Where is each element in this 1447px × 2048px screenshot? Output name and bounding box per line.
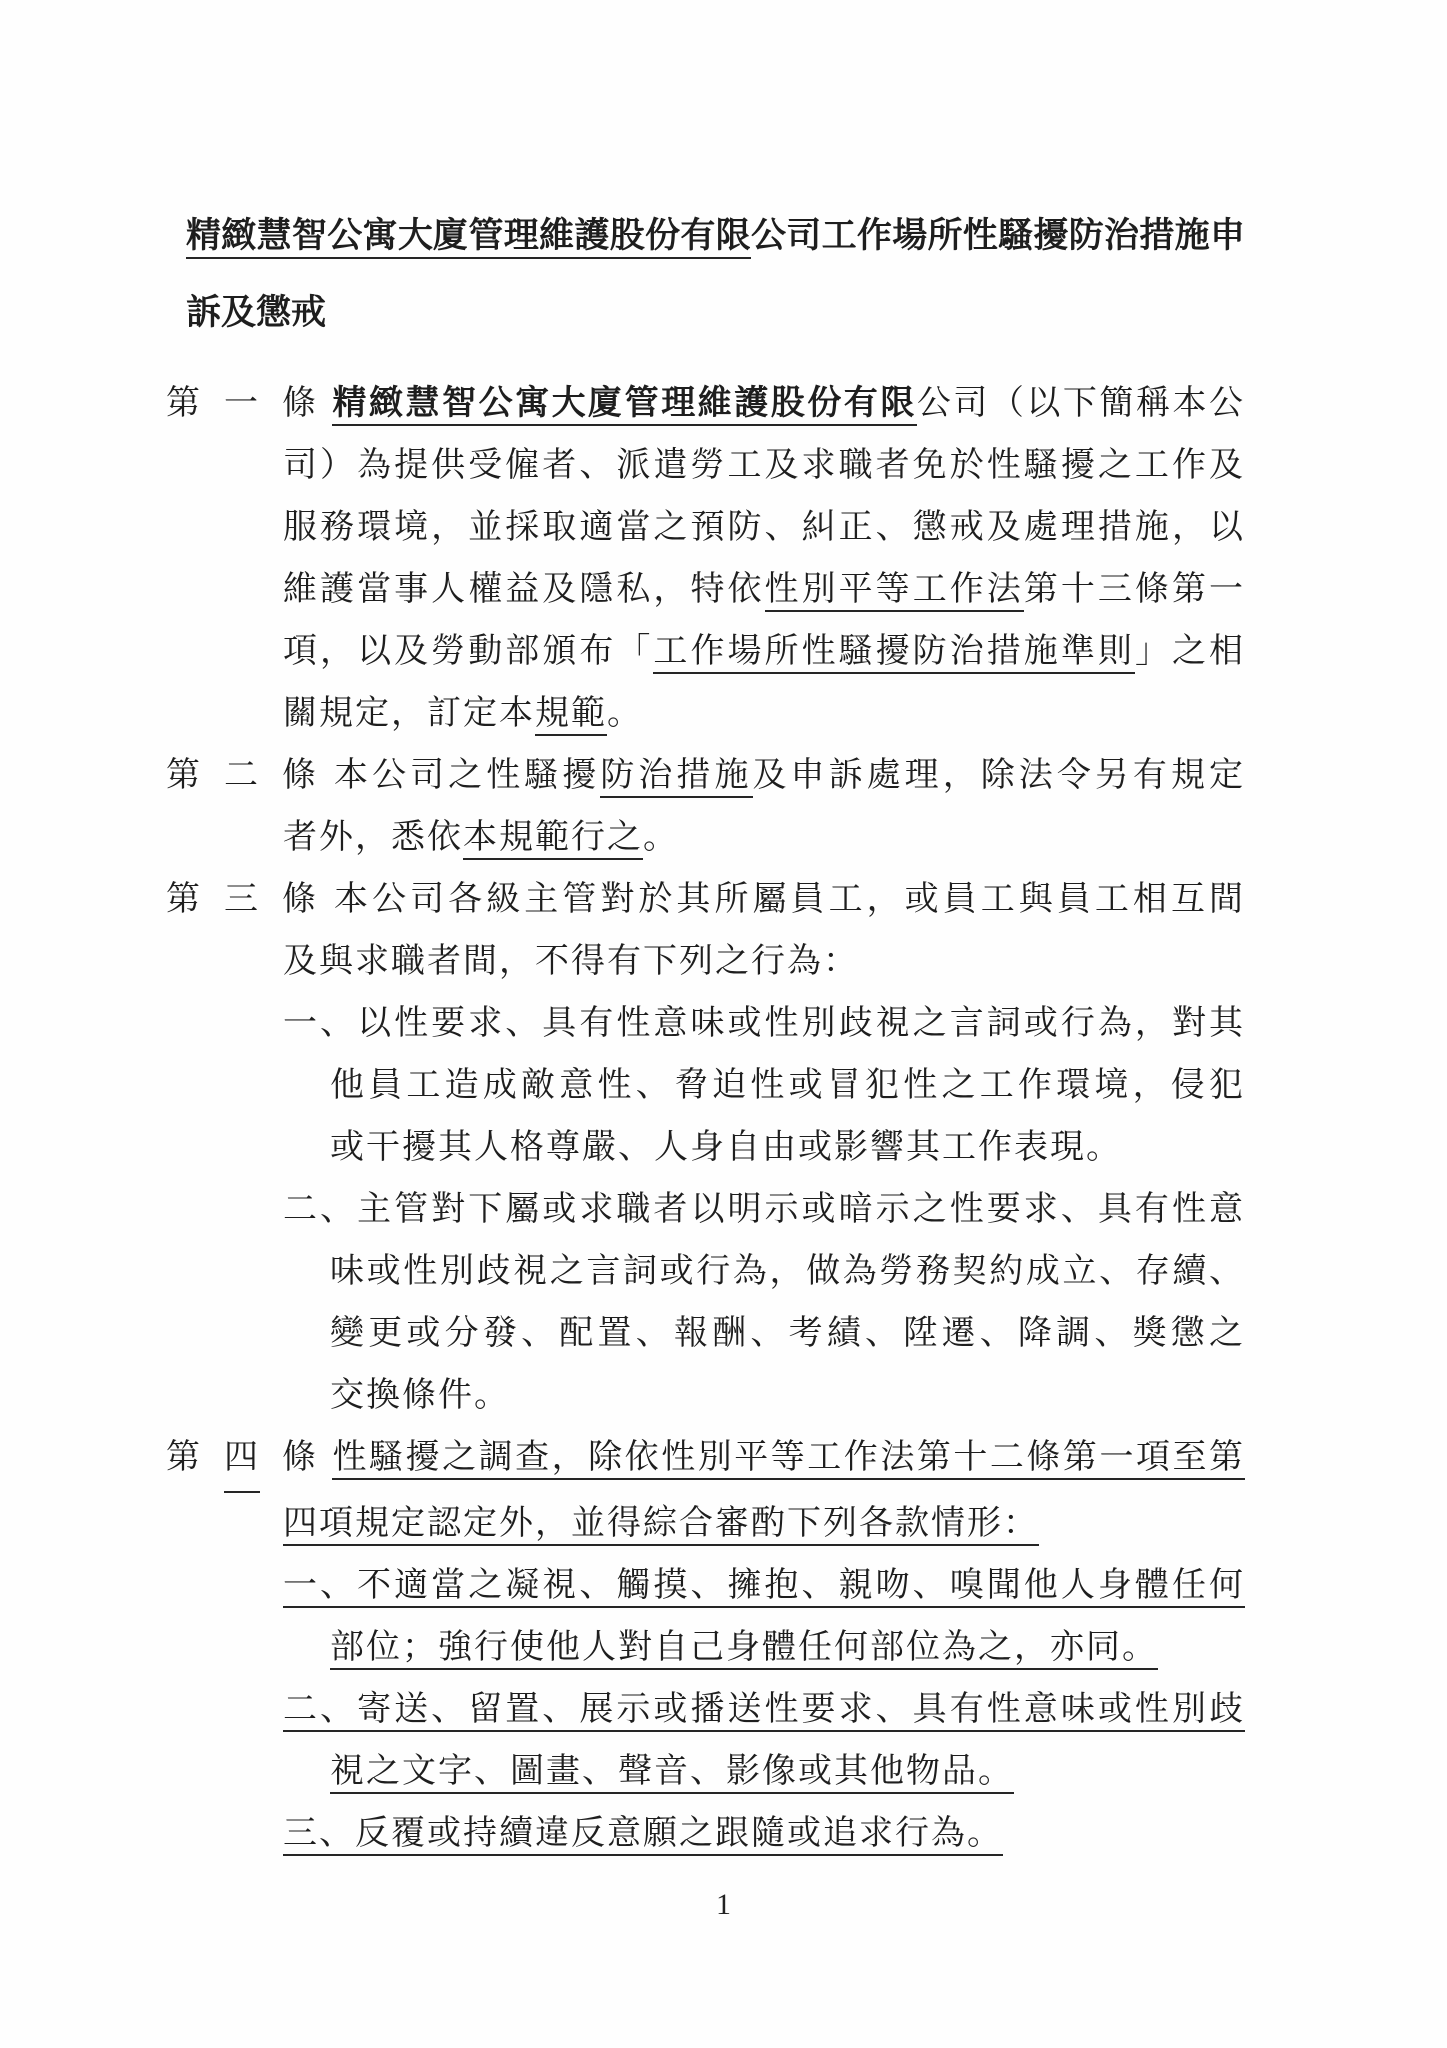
- article-2-line-1: 第二條本公司之性騷擾防治措施及申訴處理，除法令另有規定: [166, 745, 1245, 807]
- article-3-item-1-line-2: 他員工造成敵意性、脅迫性或冒犯性之工作環境，侵犯: [166, 1055, 1245, 1117]
- article-4-text-underlined: 一、不適當之凝視、觸摸、擁抱、親吻、嗅聞他人身體任何: [283, 1567, 1245, 1608]
- article-4-text-underlined: 二、寄送、留置、展示或播送性要求、具有性意味或性別歧: [283, 1691, 1245, 1732]
- law-name-underlined: 性別平等工作法: [765, 571, 1024, 612]
- article-4-text-underlined: 部位；強行使他人對自己身體任何部位為之，亦同。: [330, 1629, 1158, 1670]
- underlined-text: 規範: [535, 695, 607, 736]
- article-4-text-underlined: 四項規定認定外，並得綜合審酌下列各款情形：: [283, 1505, 1039, 1546]
- article-3-item-2-line-2: 味或性別歧視之言詞或行為，做為勞務契約成立、存續、: [166, 1241, 1245, 1303]
- article-1-company-name: 精緻慧智公寓大廈管理維護股份有限: [332, 385, 917, 426]
- article-2-number: 二: [224, 745, 260, 807]
- article-label-prefix: 第: [166, 869, 202, 931]
- article-1-text: 關規定，訂定本: [283, 695, 535, 732]
- article-4-item-1-line-2: 部位；強行使他人對自己身體任何部位為之，亦同。: [166, 1617, 1245, 1679]
- article-1-text: 」之相: [1135, 633, 1245, 670]
- document-title: 精緻慧智公寓大廈管理維護股份有限公司工作場所性騷擾防治措施申 訴及懲戒: [186, 197, 1245, 351]
- title-line-1: 精緻慧智公寓大廈管理維護股份有限公司工作場所性騷擾防治措施申: [186, 197, 1245, 274]
- page-number: 1: [0, 1888, 1447, 1922]
- article-4-text-underlined: 視之文字、圖畫、聲音、影像或其他物品。: [330, 1753, 1014, 1794]
- title-rest: 公司工作場所性騷擾防治措施申: [751, 216, 1245, 255]
- article-label-prefix: 第: [166, 745, 202, 807]
- article-1-text: 。: [607, 695, 643, 732]
- title-line-2: 訴及懲戒: [186, 274, 1245, 351]
- article-2-text: 。: [643, 819, 679, 856]
- article-1-text: 第十三條第一: [1024, 571, 1245, 608]
- article-1-line-4: 維護當事人權益及隱私，特依性別平等工作法第十三條第一: [166, 559, 1245, 621]
- article-1-line-1: 第一條精緻慧智公寓大廈管理維護股份有限公司（以下簡稱本公: [166, 373, 1245, 435]
- article-label-suffix: 條: [282, 745, 318, 807]
- article-1-line-3: 服務環境，並採取適當之預防、糾正、懲戒及處理措施，以: [166, 497, 1245, 559]
- title-company-name: 精緻慧智公寓大廈管理維護股份有限: [186, 216, 751, 259]
- article-label-suffix: 條: [282, 869, 318, 931]
- article-1-text: 項，以及勞動部頒布「: [283, 633, 653, 670]
- article-1-line-2: 司）為提供受僱者、派遣勞工及求職者免於性騷擾之工作及: [166, 435, 1245, 497]
- article-4-item-2-line-2: 視之文字、圖畫、聲音、影像或其他物品。: [166, 1741, 1245, 1803]
- article-4-item-2-line-1: 二、寄送、留置、展示或播送性要求、具有性意味或性別歧: [166, 1679, 1245, 1741]
- article-label-prefix: 第: [166, 1427, 202, 1493]
- document-body: 第一條精緻慧智公寓大廈管理維護股份有限公司（以下簡稱本公 司）為提供受僱者、派遣…: [166, 373, 1245, 1865]
- article-1-line-6: 關規定，訂定本規範。: [166, 683, 1245, 745]
- article-1-text: 維護當事人權益及隱私，特依: [283, 571, 765, 608]
- article-label-suffix: 條: [282, 1427, 318, 1493]
- article-3-item-2-line-3: 變更或分發、配置、報酬、考績、陞遷、降調、獎懲之: [166, 1303, 1245, 1365]
- article-2-label: 第二條: [166, 745, 318, 807]
- article-1-number: 一: [224, 373, 260, 435]
- article-4-line-2: 四項規定認定外，並得綜合審酌下列各款情形：: [166, 1493, 1245, 1555]
- guideline-name-underlined: 工作場所性騷擾防治措施準則: [653, 633, 1135, 674]
- article-4-line-1: 第四條性騷擾之調查，除依性別平等工作法第十二條第一項至第: [166, 1427, 1245, 1493]
- article-1-line-5: 項，以及勞動部頒布「工作場所性騷擾防治措施準則」之相: [166, 621, 1245, 683]
- article-4-item-1-line-1: 一、不適當之凝視、觸摸、擁抱、親吻、嗅聞他人身體任何: [166, 1555, 1245, 1617]
- article-2-text: 及申訴處理，除法令另有規定: [753, 757, 1246, 794]
- article-1-text: 公司（以下簡稱本公: [917, 385, 1245, 422]
- underlined-text: 防治措施: [600, 757, 752, 798]
- article-3-item-1-line-1: 一、以性要求、具有性意味或性別歧視之言詞或行為，對其: [166, 993, 1245, 1055]
- article-3-text: 本公司各級主管對於其所屬員工，或員工與員工相互間: [332, 881, 1245, 918]
- article-3-line-1: 第三條本公司各級主管對於其所屬員工，或員工與員工相互間: [166, 869, 1245, 931]
- article-3-item-2-line-4: 交換條件。: [166, 1365, 1245, 1427]
- article-label-suffix: 條: [282, 373, 318, 435]
- article-4-text-underlined: 性騷擾之調查，除依性別平等工作法第十二條第一項至第: [332, 1439, 1245, 1480]
- document-page: 精緻慧智公寓大廈管理維護股份有限公司工作場所性騷擾防治措施申 訴及懲戒 第一條精…: [0, 0, 1447, 2048]
- article-3-line-2: 及與求職者間，不得有下列之行為：: [166, 931, 1245, 993]
- article-4-item-3-line-1: 三、反覆或持續違反意願之跟隨或追求行為。: [166, 1803, 1245, 1865]
- article-1-label: 第一條: [166, 373, 318, 435]
- article-2-line-2: 者外，悉依本規範行之。: [166, 807, 1245, 869]
- article-3-item-2-line-1: 二、主管對下屬或求職者以明示或暗示之性要求、具有性意: [166, 1179, 1245, 1241]
- article-3-item-1-line-3: 或干擾其人格尊嚴、人身自由或影響其工作表現。: [166, 1117, 1245, 1179]
- article-4-text-underlined: 三、反覆或持續違反意願之跟隨或追求行為。: [283, 1815, 1003, 1856]
- article-2-text: 本公司之性騷擾: [332, 757, 600, 794]
- article-label-prefix: 第: [166, 373, 202, 435]
- article-2-text: 者外，悉依: [283, 819, 463, 856]
- underlined-text: 本規範行之: [463, 819, 643, 860]
- article-4-label: 第四條: [166, 1427, 318, 1493]
- article-4-number: 四: [224, 1427, 260, 1493]
- article-3-label: 第三條: [166, 869, 318, 931]
- article-3-number: 三: [224, 869, 260, 931]
